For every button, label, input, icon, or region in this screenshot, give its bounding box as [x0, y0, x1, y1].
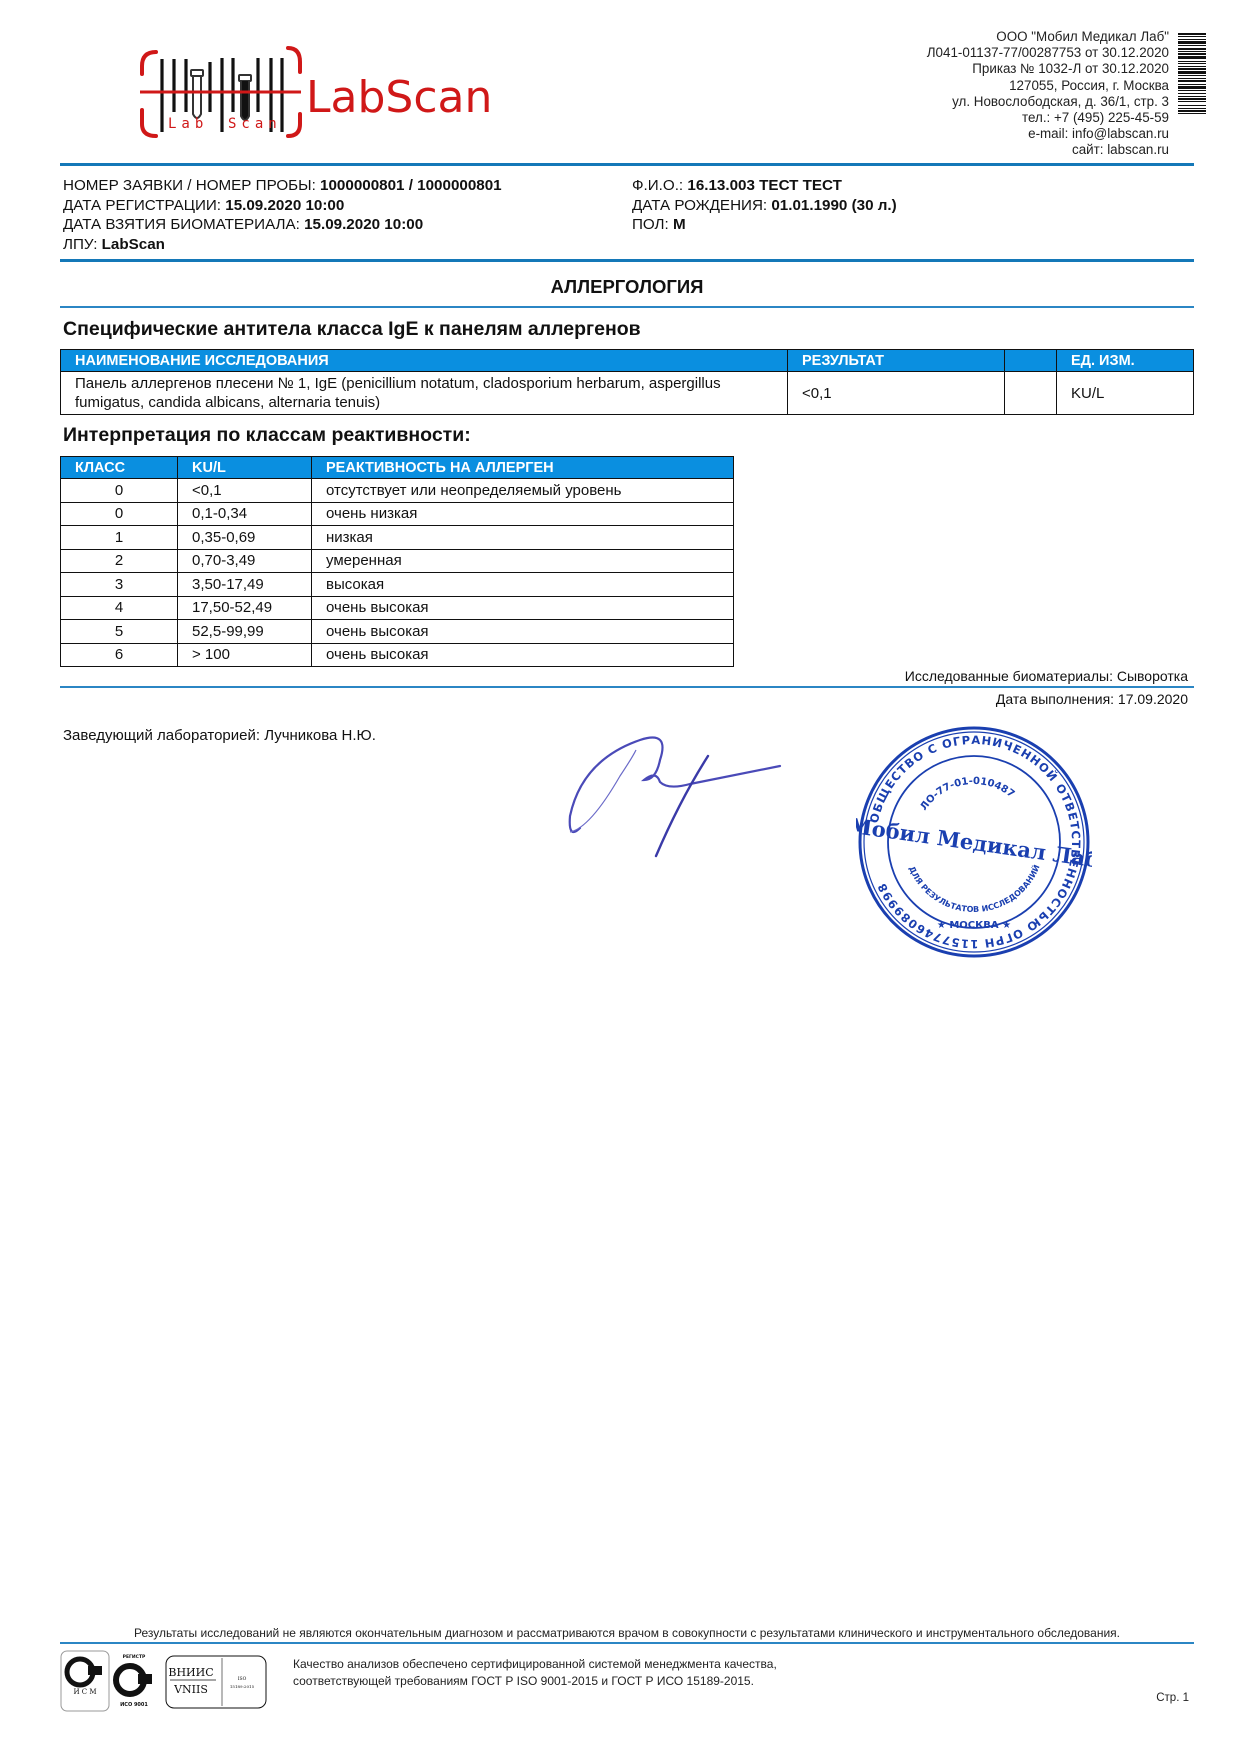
col-result: РЕЗУЛЬТАТ	[788, 350, 1005, 372]
kul-range: 17,50-52,49	[178, 596, 312, 620]
results-header-row: НАИМЕНОВАНИЕ ИССЛЕДОВАНИЯ РЕЗУЛЬТАТ ЕД. …	[61, 350, 1194, 372]
reactivity-level: очень высокая	[312, 596, 734, 620]
interpretation-title: Интерпретация по классам реактивности:	[63, 424, 471, 447]
table-row: 417,50-52,49очень высокая	[61, 596, 734, 620]
col-unit: ЕД. ИЗМ.	[1057, 350, 1194, 372]
interp-header-row: КЛАСС KU/L РЕАКТИВНОСТЬ НА АЛЛЕРГЕН	[61, 457, 734, 479]
test-group-title: Специфические антитела класса IgE к пане…	[63, 318, 641, 341]
signature-image	[560, 720, 790, 870]
lab-license: Л041-01137-77/00287753 от 30.12.2020	[927, 45, 1169, 61]
class-value: 5	[61, 620, 178, 644]
reactivity-level: отсутствует или неопределяемый уровень	[312, 479, 734, 503]
svg-text:ИСО 9001: ИСО 9001	[120, 1702, 148, 1708]
svg-text:РЕГИСТР: РЕГИСТР	[123, 1654, 146, 1660]
patient-name: Ф.И.О.: 16.13.003 ТЕСТ ТЕСТ	[632, 176, 897, 196]
results-table: НАИМЕНОВАНИЕ ИССЛЕДОВАНИЯ РЕЗУЛЬТАТ ЕД. …	[60, 349, 1194, 415]
footer-divider	[60, 1642, 1194, 1644]
lab-email: e-mail: info@labscan.ru	[927, 126, 1169, 142]
patient-meta: Ф.И.О.: 16.13.003 ТЕСТ ТЕСТ ДАТА РОЖДЕНИ…	[632, 176, 897, 235]
test-unit: KU/L	[1057, 372, 1194, 415]
company-stamp: ОБЩЕСТВО С ОГРАНИЧЕННОЙ ОТВЕТСТВЕННОСТЬЮ…	[856, 724, 1092, 960]
rst-ism-icon: И С М	[61, 1651, 109, 1711]
class-value: 6	[61, 643, 178, 667]
table-row: 552,5-99,99очень высокая	[61, 620, 734, 644]
page-number: Стр. 1	[1156, 1692, 1189, 1704]
col-flag	[1005, 350, 1057, 372]
reactivity-level: низкая	[312, 526, 734, 550]
interpretation-table: КЛАСС KU/L РЕАКТИВНОСТЬ НА АЛЛЕРГЕН 0<0,…	[60, 456, 734, 667]
lab-order: Приказ № 1032-Л от 30.12.2020	[927, 61, 1169, 77]
kul-range: 52,5-99,99	[178, 620, 312, 644]
class-value: 0	[61, 479, 178, 503]
class-value: 0	[61, 502, 178, 526]
lab-phone: тел.: +7 (495) 225-45-59	[927, 110, 1169, 126]
biomaterial-divider	[60, 686, 1194, 688]
svg-text:★ МОСКВА ★: ★ МОСКВА ★	[937, 920, 1011, 931]
reactivity-level: очень высокая	[312, 643, 734, 667]
table-row: 6> 100очень высокая	[61, 643, 734, 667]
biomaterial: Исследованные биоматериалы: Сыворотка	[905, 668, 1188, 684]
svg-text:LabScan: LabScan	[306, 72, 492, 123]
table-row: 10,35-0,69низкая	[61, 526, 734, 550]
kul-range: <0,1	[178, 479, 312, 503]
col-class: КЛАСС	[61, 457, 178, 479]
svg-text:Lab: Lab	[168, 116, 208, 132]
class-value: 2	[61, 549, 178, 573]
reactivity-level: очень низкая	[312, 502, 734, 526]
col-test-name: НАИМЕНОВАНИЕ ИССЛЕДОВАНИЯ	[61, 350, 788, 372]
lab-org-name: ООО "Мобил Медикал Лаб"	[927, 29, 1169, 45]
meta-divider	[60, 259, 1194, 262]
completion-date: Дата выполнения: 17.09.2020	[996, 691, 1188, 707]
order-meta: НОМЕР ЗАЯВКИ / НОМЕР ПРОБЫ: 1000000801 /…	[63, 176, 502, 254]
table-row: 0<0,1отсутствует или неопределяемый уров…	[61, 479, 734, 503]
kul-range: 3,50-17,49	[178, 573, 312, 597]
table-row: 20,70-3,49умеренная	[61, 549, 734, 573]
svg-text:ВНИИС: ВНИИС	[168, 1666, 213, 1679]
table-row: Панель аллергенов плесени № 1, IgE (peni…	[61, 372, 1194, 415]
lab-city: 127055, Россия, г. Москва	[927, 78, 1169, 94]
class-value: 1	[61, 526, 178, 550]
kul-range: 0,1-0,34	[178, 502, 312, 526]
svg-text:И С М: И С М	[73, 1688, 96, 1696]
svg-text:ISO: ISO	[238, 1676, 247, 1682]
reactivity-level: высокая	[312, 573, 734, 597]
head-of-lab: Заведующий лабораторией: Лучникова Н.Ю.	[63, 727, 376, 744]
section-title: АЛЛЕРГОЛОГИЯ	[60, 276, 1194, 298]
certification-logos: И С М РЕГИСТР ИСО 9001 ВНИИС VNIIS ISO 1…	[60, 1650, 270, 1712]
lab-address: ул. Новослободская, д. 36/1, стр. 3	[927, 94, 1169, 110]
svg-text:ЛО-77-01-010487: ЛО-77-01-010487	[918, 776, 1016, 813]
svg-text:15189:2015: 15189:2015	[230, 1684, 255, 1689]
clinic: ЛПУ: LabScan	[63, 235, 502, 255]
svg-text:VNIIS: VNIIS	[173, 1683, 208, 1696]
class-value: 4	[61, 596, 178, 620]
vniis-icon: ВНИИС VNIIS ISO 15189:2015	[166, 1656, 266, 1708]
class-value: 3	[61, 573, 178, 597]
section-divider	[60, 306, 1194, 308]
header-divider	[60, 163, 1194, 166]
test-name: Панель аллергенов плесени № 1, IgE (peni…	[61, 372, 788, 415]
labscan-logo: Lab Scan LabScan	[138, 32, 498, 150]
table-row: 33,50-17,49высокая	[61, 573, 734, 597]
col-kul: KU/L	[178, 457, 312, 479]
sample-date: ДАТА ВЗЯТИЯ БИОМАТЕРИАЛА: 15.09.2020 10:…	[63, 215, 502, 235]
svg-text:Scan: Scan	[228, 116, 282, 132]
test-result: <0,1	[788, 372, 1005, 415]
order-number: НОМЕР ЗАЯВКИ / НОМЕР ПРОБЫ: 1000000801 /…	[63, 176, 502, 196]
rst-registr-icon: РЕГИСТР ИСО 9001	[116, 1654, 152, 1708]
lab-contact-info: ООО "Мобил Медикал Лаб" Л041-01137-77/00…	[927, 29, 1169, 159]
disclaimer: Результаты исследований не являются окон…	[60, 1626, 1194, 1640]
kul-range: 0,70-3,49	[178, 549, 312, 573]
table-row: 00,1-0,34очень низкая	[61, 502, 734, 526]
lab-website: сайт: labscan.ru	[927, 142, 1169, 158]
reactivity-level: умеренная	[312, 549, 734, 573]
test-flag	[1005, 372, 1057, 415]
registration-date: ДАТА РЕГИСТРАЦИИ: 15.09.2020 10:00	[63, 196, 502, 216]
col-reactivity: РЕАКТИВНОСТЬ НА АЛЛЕРГЕН	[312, 457, 734, 479]
patient-dob: ДАТА РОЖДЕНИЯ: 01.01.1990 (30 л.)	[632, 196, 897, 216]
svg-text:ДЛЯ РЕЗУЛЬТАТОВ ИССЛЕДОВАНИЙ: ДЛЯ РЕЗУЛЬТАТОВ ИССЛЕДОВАНИЙ	[907, 863, 1042, 914]
patient-sex: ПОЛ: М	[632, 215, 897, 235]
quality-statement: Качество анализов обеспечено сертифициро…	[293, 1656, 777, 1690]
reactivity-level: очень высокая	[312, 620, 734, 644]
barcode-icon	[1178, 33, 1206, 163]
kul-range: > 100	[178, 643, 312, 667]
kul-range: 0,35-0,69	[178, 526, 312, 550]
